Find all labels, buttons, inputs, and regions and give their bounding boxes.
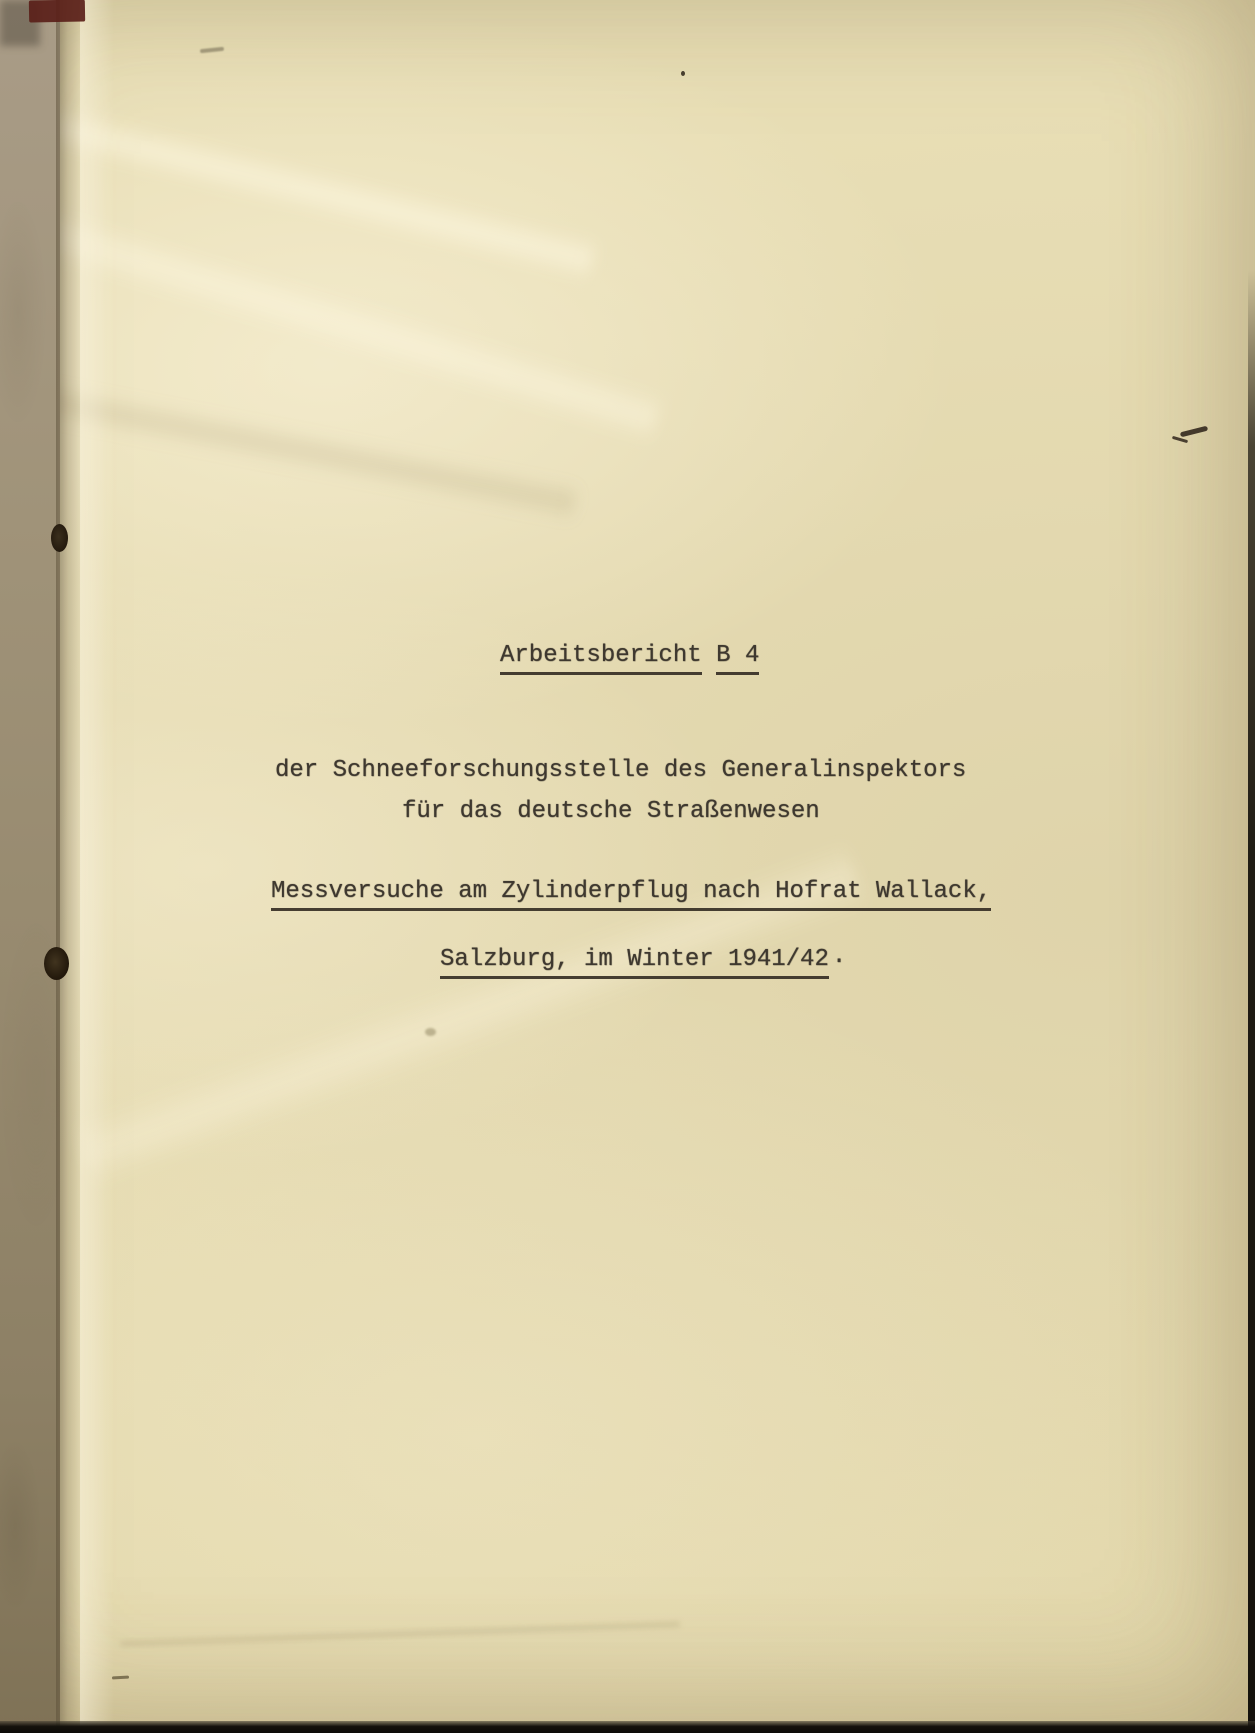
subject-line-1: Messversuche am Zylinderpflug nach Hofra…	[271, 877, 991, 907]
binding-strip-texture	[0, 0, 60, 1733]
scan-edge-right	[1248, 270, 1255, 1733]
paper-background	[0, 0, 1255, 1733]
organization-line-2: für das deutsche Straßenwesen	[402, 797, 820, 827]
scan-edge-bottom	[0, 1721, 1255, 1733]
report-title: ArbeitsberichtB 4	[500, 641, 759, 671]
paper-smudge	[425, 1028, 436, 1036]
subject-line-2: Salzburg, im Winter 1941/42.	[440, 942, 846, 975]
binding-hole-top	[51, 524, 68, 552]
subject-line-2-text: Salzburg, im Winter 1941/42	[440, 946, 829, 979]
red-corner-mark	[29, 0, 85, 22]
report-title-part2: B 4	[716, 642, 759, 675]
organization-line-1: der Schneeforschungsstelle des Generalin…	[275, 756, 966, 786]
binding-crease-shadow	[56, 0, 82, 1733]
binding-hole-bottom	[44, 947, 69, 980]
subject-line-1-text: Messversuche am Zylinderpflug nach Hofra…	[271, 878, 991, 911]
scanned-document-page: ArbeitsberichtB 4 der Schneeforschungsst…	[0, 0, 1255, 1733]
ink-fleck	[681, 71, 685, 76]
report-title-part1: Arbeitsbericht	[500, 642, 702, 675]
page-edge-highlight	[80, 0, 114, 1733]
subject-line-2-period: .	[832, 943, 846, 970]
